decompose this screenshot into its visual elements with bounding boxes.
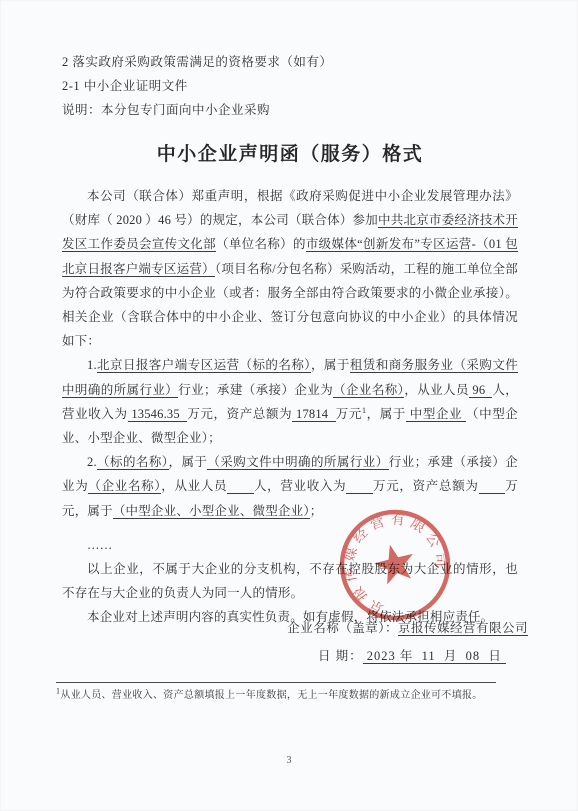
text-run: ； [310, 504, 323, 518]
document-content: 2 落实政府采购政策需满足的资格要求（如有） 2-1 中小企业证明文件 说明：本… [62, 50, 518, 630]
outline-item-2: 2 落实政府采购政策需满足的资格要求（如有） [62, 50, 518, 74]
text-run: …… [87, 538, 112, 552]
footnote-body: 从业人员、营业收入、资产总额填报上一年度数据，无上一年度数据的新成立企业可不填报… [60, 690, 482, 701]
text-run: 行业；承建（承接）企业为 [178, 383, 333, 397]
underlined-text-run: （企业名称） [88, 479, 161, 494]
company-name-value: 京报传媒经营有限公司 [398, 621, 528, 636]
underlined-text-run: （企业名称） [333, 383, 404, 398]
underlined-text-run: （标的名称） [97, 455, 169, 470]
document-paragraphs: 本公司（联合体）郑重声明，根据《政府采购促进中小企业发展管理办法》（财库（ 20… [62, 184, 518, 630]
company-name-label: 企业名称（盖章）： [287, 621, 398, 635]
text-run: 人，营业收入为 [254, 479, 346, 493]
text-run: （单位名称）的 [216, 237, 306, 251]
text-run: 以上企业，不属于大企业的分支机构，不存在控股股东为大企业的情形，也不存在与大企业… [62, 562, 518, 600]
text-run: ，属于 [366, 407, 406, 421]
text-run: ，从业人员 [404, 383, 469, 397]
paragraph: 本公司（联合体）郑重声明，根据《政府采购促进中小企业发展管理办法》（财库（ 20… [62, 184, 518, 353]
signature-block: 企业名称（盖章）：京报传媒经营有限公司 日 期： 2023 年 11 月 08 … [287, 616, 528, 668]
footnote-text: 1从业人员、营业收入、资产总额填报上一年度数据，无上一年度数据的新成立企业可不填… [56, 688, 501, 703]
text-run: ，属于 [311, 358, 350, 372]
text-run: 万元，资产总额为 [187, 407, 292, 421]
date-value: 2023 年 11 月 08 日 [363, 649, 506, 664]
underlined-text-run: 13546.35 [128, 407, 188, 422]
footnote-separator [56, 682, 496, 683]
underlined-text-run: （采购文件中明确的所属行业） [207, 455, 388, 470]
text-run: ，从业人员 [161, 479, 227, 493]
text-run: 万元，资产总额为 [373, 479, 479, 493]
date-label: 日 期： [318, 649, 363, 663]
paragraph: …… [62, 533, 518, 557]
underlined-text-run: 北京日报客户端专区运营（标的名称） [97, 358, 311, 373]
paragraph: 2.（标的名称），属于（采购文件中明确的所属行业）行业；承建（承接）企业为（企业… [62, 450, 518, 523]
underlined-text-run: 96 [469, 383, 493, 398]
date-line: 日 期： 2023 年 11 月 08 日 [287, 644, 528, 668]
document-page: 2 落实政府采购政策需满足的资格要求（如有） 2-1 中小企业证明文件 说明：本… [0, 0, 578, 811]
text-run: 万元 [336, 407, 362, 421]
underlined-text-run [479, 479, 506, 494]
paragraph: 1.北京日报客户端专区运营（标的名称），属于租赁和商务服务业（采购文件中明确的所… [62, 353, 518, 450]
text-run: ，属于 [169, 455, 208, 469]
underlined-text-run [227, 479, 254, 494]
company-name-line: 企业名称（盖章）：京报传媒经营有限公司 [287, 616, 528, 640]
page-number: 3 [0, 755, 578, 766]
outline-note: 说明：本分包专门面向中小企业采购 [62, 98, 518, 122]
underlined-text-run [346, 479, 373, 494]
document-title: 中小企业声明函（服务）格式 [62, 142, 518, 168]
footnote-area: 1从业人员、营业收入、资产总额填报上一年度数据，无上一年度数据的新成立企业可不填… [56, 682, 501, 703]
outline-item-2-1: 2-1 中小企业证明文件 [62, 74, 518, 98]
underlined-text-run: 17814 [292, 407, 335, 422]
underlined-text-run: 中型企业 [406, 407, 466, 422]
paragraph: 以上企业，不属于大企业的分支机构，不存在控股股东为大企业的情形，也不存在与大企业… [62, 557, 518, 605]
underlined-text-run: （中型企业、小型企业、微型企业） [113, 504, 310, 519]
text-run: 2. [87, 455, 97, 469]
text-run: 1. [87, 358, 97, 372]
